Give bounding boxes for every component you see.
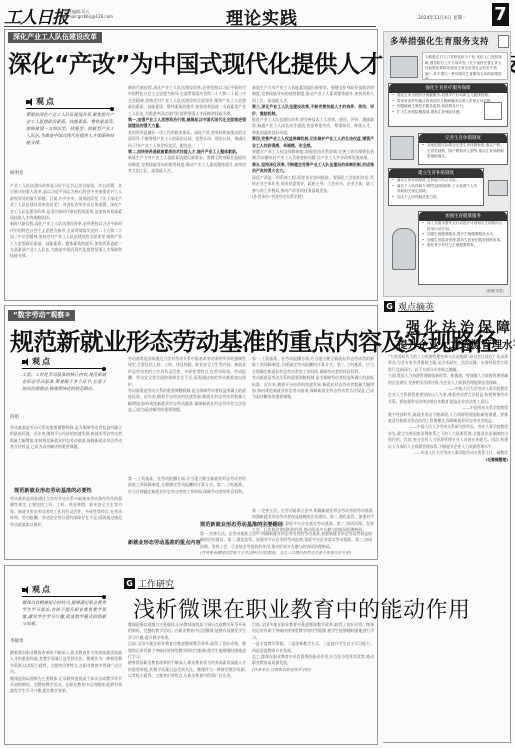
- viewpoint-text: 工资、工时是劳动基准的核心内容,规范新就业形态劳动基准,要着眼于多个环节,应基于…: [22, 372, 106, 393]
- article2-viewpoint: 观点 工资、工时是劳动基准的核心内容,规范新就业形态劳动基准,要着眼于多个环节,…: [22, 356, 106, 393]
- newspaper-page: 工人日报 责任编辑:吴凡 E-mail:grrbllsj@126.com 理论实…: [0, 0, 515, 748]
- article1-byline: 杨明星: [10, 170, 24, 176]
- article1-column-3: 新质生产力对产业工人技能素质提出新要求。要健全终身职业技能培训制度,完善技能导向…: [252, 85, 374, 299]
- viewpoint-underline: [22, 368, 106, 369]
- infographic-box-4: 加强生育健康服务 深入实施母婴安全行动提升计划和出生缺陷综合防治行动计划。 加强…: [418, 211, 508, 285]
- checklist-icon: [498, 35, 509, 48]
- article2-column-1a: 劳动基准是劳动关系的重要调整机制,是为保障劳动者权益所确立的最低标准。近年来,随…: [10, 425, 122, 485]
- article1-kicker: 深化产业工人队伍建设改革: [8, 32, 102, 43]
- infographic-box-3: 建立生育补贴制度 落实生育补贴制度,支持地方结合实际。 落实个人所得税专项附加扣…: [388, 168, 484, 206]
- infographic-title: 多举措强化生育服务支持: [390, 35, 506, 49]
- family-illustration-icon: [390, 56, 418, 78]
- viewpoint-underline: [22, 596, 106, 597]
- article2-subhead-1: 规范新就业形态劳动基准的必要性: [14, 487, 92, 494]
- article1-column-2: 新时代新征程,深化产业工人队伍建设改革,必须坚持以习近平新时代中国特色社会主义思…: [128, 85, 246, 299]
- issue-date: 2024年11月4日 星期一: [418, 15, 466, 21]
- article4-byline: 李敏勇: [10, 638, 24, 644]
- article2-column-2a: 劳动基准是国家通过立法对劳动关系中最基本劳动条件所作的强制性规定,主要包括工资、…: [128, 356, 246, 474]
- viewpoint-underline: [26, 108, 114, 109]
- article2-byline: 班娟: [10, 414, 19, 420]
- document-icon: [484, 102, 502, 120]
- article2-column-4: 第一,完善立法。在劳动基准立法中,明确新就业形态劳动者的劳动基准,加强新就业形态…: [200, 531, 372, 557]
- article2-kicker: “数字劳动”观察③: [8, 310, 75, 321]
- newspaper-logo: 工人日报: [4, 3, 68, 28]
- article4-column-2: 微课是指以视频为主要载体,记录教师围绕某个知识点或教学环节开展的简短、完整的教学…: [128, 622, 246, 742]
- article1-viewpoint: 观点 要紧扣深化产业工人队伍建设改革,聚焦提升产业工人思想政治素质、技能素质、整…: [26, 96, 114, 147]
- viewpoint-label: 观点: [32, 356, 52, 367]
- article2-subhead-2: 新就业形态劳动基准的重点内容: [128, 539, 201, 546]
- box-heading: 建立生育补贴制度: [389, 169, 483, 178]
- viewpoint-label: 观点: [36, 96, 56, 107]
- viewpoint-text: 要紧扣深化产业工人队伍建设改革,聚焦提升产业工人思想政治素质、技能素质、整体素质…: [26, 112, 114, 147]
- infographic-box-2: 完善生育休假制度 各地根据实际情况完善生育休假制度,落实产假、生育奖励假、陪产假…: [418, 133, 508, 165]
- article4-column-1: 随着我国职业教育改革的不断深入,职业教育作为培养高素质技能人才的重要阵地,其教学…: [10, 650, 122, 742]
- section-tag-label: 观点摘英: [398, 300, 434, 313]
- infographic-intro: 为积极应对人口老龄化和少子化,优化人口发展战略,国务院办公厅日前印发《关于加快完…: [422, 52, 508, 80]
- masthead: 工人日报 责任编辑:吴凡 E-mail:grrbllsj@126.com 理论实…: [4, 3, 511, 27]
- article4-column-3: 目前,全国多地在职业教育中推进微课教学改革,取得了良好成效。微课的运用有助于突破…: [252, 622, 374, 742]
- doctor-illustration-icon: [392, 228, 416, 270]
- speaker-icon: [22, 358, 29, 366]
- editor-info: 责任编辑:吴凡 E-mail:grrbllsj@126.com: [64, 9, 113, 19]
- article4-section-tag: G 工作研究: [124, 577, 174, 590]
- infographic: 多举措强化生育服务支持 为积极应对人口老龄化和少子化,优化人口发展战略,国务院办…: [383, 31, 511, 297]
- viewpoint-text: 微课以其精炼短小的特点,能够满足职业教育学生学习需求,有助于提升职业教育教学质量…: [22, 600, 106, 628]
- article1-column-1: 产业工人队伍建设改革是习近平总书记亲自谋划、亲自部署、亲自推动的重大改革,是以习…: [10, 183, 122, 299]
- section-tag-label: 工作研究: [138, 577, 174, 590]
- section-tag-icon: G: [384, 301, 395, 312]
- speaker-icon: [26, 98, 33, 106]
- article3-headline-line1[interactable]: 强化法治保障: [406, 317, 514, 337]
- page-number: 7: [492, 3, 509, 26]
- infographic-credit: （制图/宋思）: [484, 289, 506, 294]
- masthead-rule: [4, 26, 376, 27]
- article3-section-tag: G 观点摘英: [384, 300, 434, 313]
- worker-illustration-icon: [390, 136, 414, 160]
- editor-email: E-mail:grrbllsj@126.com: [64, 14, 113, 19]
- speaker-icon: [22, 586, 29, 594]
- article3-headline-line2[interactable]: 提升企业人力资源管理水平: [397, 337, 515, 352]
- article2-column-1b: 劳动基准是国家通过立法对劳动关系中最基本劳动条件所作的强制性规定,主要包括工资、…: [10, 496, 122, 558]
- article4-viewpoint: 观点 微课以其精炼短小的特点,能够满足职业教育学生学习需求,有助于提升职业教育教…: [22, 584, 106, 628]
- section-tag-icon: G: [124, 578, 135, 589]
- box-heading: 加强生育健康服务: [419, 212, 507, 221]
- viewpoint-label: 观点: [32, 584, 52, 595]
- box-heading: 强化生育医疗服务保障: [389, 84, 507, 93]
- money-icon: [488, 180, 508, 196]
- box-heading: 完善生育休假制度: [419, 134, 507, 143]
- article3-body: “大变局时代下的人力资源管理变革与法治保障”研讨会日前在广东深圳举办,与会专家学…: [388, 354, 508, 742]
- article2-column-3a: 第一,工资基准。在劳动报酬方面,应当建立健全新就业形态劳动者的最低工资保障制度,…: [252, 356, 374, 506]
